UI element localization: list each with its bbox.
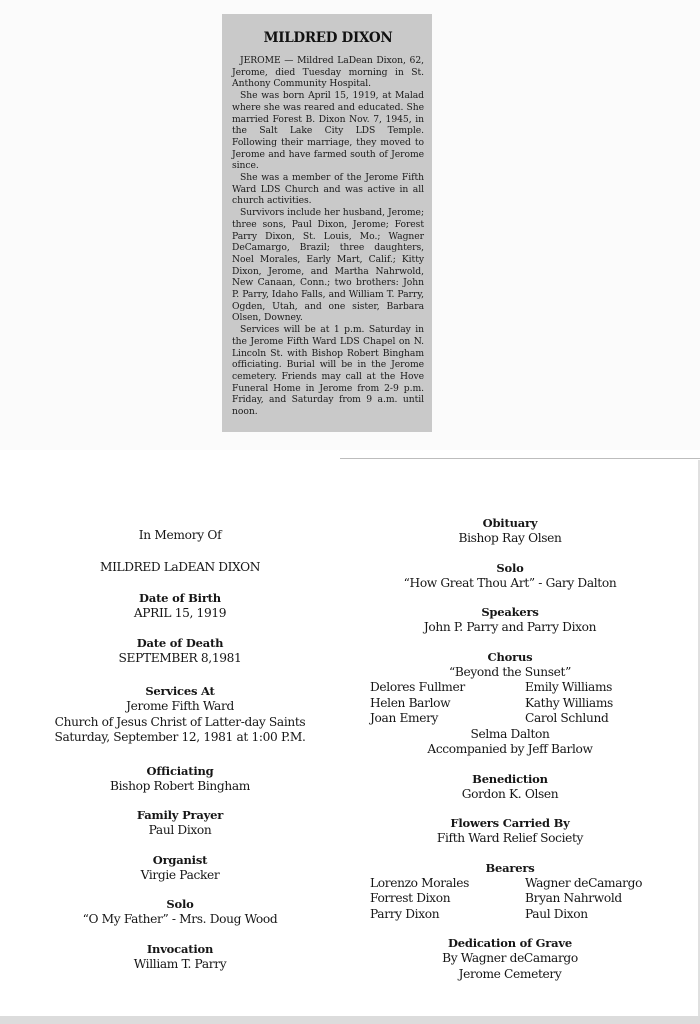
section-officiating: Officiating Bishop Robert Bingham — [30, 764, 330, 795]
chorus-accompanist: Accompanied by Jeff Barlow — [365, 742, 655, 758]
bearers-list: Lorenzo Morales Forrest Dixon Parry Dixo… — [365, 876, 655, 923]
section-heading: Dedication of Grave — [365, 936, 655, 951]
page-edge-divider — [340, 458, 700, 459]
clipping-paragraph: She was a member of the Jerome Fifth War… — [232, 172, 424, 207]
section-line: Paul Dixon — [30, 823, 330, 839]
section-family-prayer: Family Prayer Paul Dixon — [30, 808, 330, 839]
chorus-member: Delores Fullmer — [370, 680, 510, 696]
section-flowers: Flowers Carried By Fifth Ward Relief Soc… — [365, 816, 655, 847]
bearer: Forrest Dixon — [370, 891, 510, 907]
program-right-column: Obituary Bishop Ray Olsen Solo “How Grea… — [365, 516, 655, 996]
section-line: Gordon K. Olsen — [365, 787, 655, 803]
chorus-member: Carol Schlund — [525, 711, 650, 727]
section-line: Church of Jesus Christ of Latter-day Sai… — [30, 715, 330, 731]
section-speakers: Speakers John P. Parry and Parry Dixon — [365, 605, 655, 636]
chorus-member: Kathy Williams — [525, 696, 650, 712]
section-dedication: Dedication of Grave By Wagner deCamargo … — [365, 936, 655, 982]
section-benediction: Benediction Gordon K. Olsen — [365, 772, 655, 803]
bearer: Parry Dixon — [370, 907, 510, 923]
section-line: Jerome Fifth Ward — [30, 699, 330, 715]
clipping-title: MILDRED DIXON — [232, 30, 424, 46]
section-line: “How Great Thou Art” - Gary Dalton — [365, 576, 655, 592]
scan-bottom-edge — [0, 1016, 700, 1024]
section-heading: Solo — [365, 561, 655, 576]
section-heading: Organist — [30, 853, 330, 868]
section-chorus: Chorus “Beyond the Sunset” Delores Fullm… — [365, 650, 655, 758]
chorus-member: Helen Barlow — [370, 696, 510, 712]
chorus-members-right: Emily Williams Kathy Williams Carol Schl… — [525, 680, 650, 727]
section-heading: Solo — [30, 897, 330, 912]
memory-title: In Memory Of — [30, 528, 330, 543]
section-heading: Officiating — [30, 764, 330, 779]
bearer: Bryan Nahrwold — [525, 891, 650, 907]
section-line: Bishop Robert Bingham — [30, 779, 330, 795]
bearer: Paul Dixon — [525, 907, 650, 923]
section-line: William T. Parry — [30, 957, 330, 973]
section-heading: Chorus — [365, 650, 655, 665]
section-obituary: Obituary Bishop Ray Olsen — [365, 516, 655, 547]
section-services: Services At Jerome Fifth Ward Church of … — [30, 684, 330, 746]
section-heading: Benediction — [365, 772, 655, 787]
chorus-song: “Beyond the Sunset” — [365, 665, 655, 681]
chorus-member: Joan Emery — [370, 711, 510, 727]
section-line: John P. Parry and Parry Dixon — [365, 620, 655, 636]
section-heading: Bearers — [365, 861, 655, 876]
section-date-of-birth: Date of Birth APRIL 15, 1919 — [30, 591, 330, 622]
section-heading: Invocation — [30, 942, 330, 957]
section-line: Bishop Ray Olsen — [365, 531, 655, 547]
section-date-of-death: Date of Death SEPTEMBER 8,1981 — [30, 636, 330, 667]
section-line: SEPTEMBER 8,1981 — [30, 651, 330, 667]
section-line: Jerome Cemetery — [365, 967, 655, 983]
clipping-paragraph: She was born April 15, 1919, at Malad wh… — [232, 90, 424, 172]
bearer: Lorenzo Morales — [370, 876, 510, 892]
bearers-right: Wagner deCamargo Bryan Nahrwold Paul Dix… — [525, 876, 650, 923]
section-line: By Wagner deCamargo — [365, 951, 655, 967]
section-line: “O My Father” - Mrs. Doug Wood — [30, 912, 330, 928]
section-heading: Family Prayer — [30, 808, 330, 823]
section-heading: Services At — [30, 684, 330, 699]
deceased-name: MILDRED LaDEAN DIXON — [30, 560, 330, 575]
section-line: Saturday, September 12, 1981 at 1:00 P.M… — [30, 730, 330, 746]
chorus-members-left: Delores Fullmer Helen Barlow Joan Emery — [370, 680, 510, 727]
section-bearers: Bearers Lorenzo Morales Forrest Dixon Pa… — [365, 861, 655, 923]
clipping-body: JEROME — Mildred LaDean Dixon, 62, Jerom… — [232, 55, 424, 418]
section-heading: Speakers — [365, 605, 655, 620]
section-solo: Solo “How Great Thou Art” - Gary Dalton — [365, 561, 655, 592]
funeral-program: In Memory Of MILDRED LaDEAN DIXON Date o… — [0, 460, 700, 1016]
section-heading: Flowers Carried By — [365, 816, 655, 831]
section-solo: Solo “O My Father” - Mrs. Doug Wood — [30, 897, 330, 928]
section-heading: Obituary — [365, 516, 655, 531]
bearers-left: Lorenzo Morales Forrest Dixon Parry Dixo… — [370, 876, 510, 923]
chorus-member: Selma Dalton — [365, 727, 655, 743]
clipping-paragraph: JEROME — Mildred LaDean Dixon, 62, Jerom… — [232, 55, 424, 90]
section-line: Virgie Packer — [30, 868, 330, 884]
section-heading: Date of Death — [30, 636, 330, 651]
chorus-members: Delores Fullmer Helen Barlow Joan Emery … — [365, 680, 655, 727]
section-organist: Organist Virgie Packer — [30, 853, 330, 884]
section-invocation: Invocation William T. Parry — [30, 942, 330, 973]
clipping-paragraph: Services will be at 1 p.m. Saturday in t… — [232, 324, 424, 418]
section-line: APRIL 15, 1919 — [30, 606, 330, 622]
section-line: Fifth Ward Relief Society — [365, 831, 655, 847]
clipping-paragraph: Survivors include her husband, Jerome; t… — [232, 207, 424, 324]
section-heading: Date of Birth — [30, 591, 330, 606]
bearer: Wagner deCamargo — [525, 876, 650, 892]
chorus-member: Emily Williams — [525, 680, 650, 696]
program-left-column: In Memory Of MILDRED LaDEAN DIXON Date o… — [30, 528, 330, 986]
newspaper-clipping: MILDRED DIXON JEROME — Mildred LaDean Di… — [222, 14, 432, 432]
